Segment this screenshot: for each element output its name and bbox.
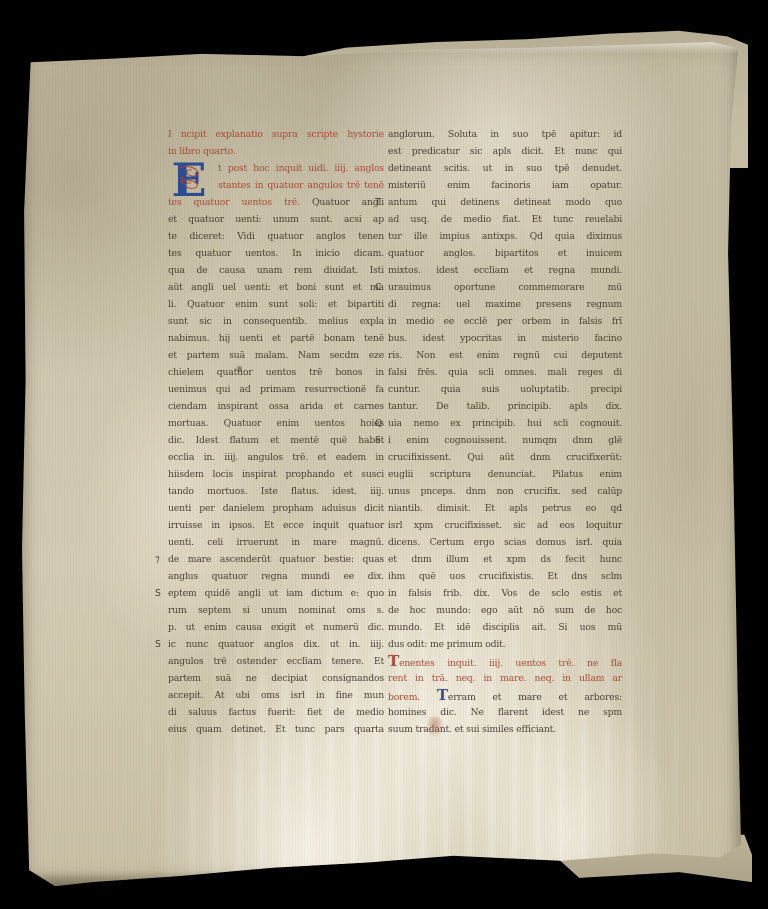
- text-line: euglii scriptura denunciat. Pilatus enim: [388, 466, 622, 483]
- text-line: in medio ee ecclē per orbem in falsis fr…: [388, 313, 622, 330]
- text-segment: eius quam detinet. Et tunc pars quarta: [168, 724, 384, 735]
- text-segment: urauimus oportune commemorare mū: [388, 282, 622, 293]
- parchment-leaf: E I ncipit explanatio supra scripte hyst…: [22, 42, 741, 887]
- text-segment: uia nemo ex principib. hui scli cognouit…: [388, 418, 622, 429]
- text-line: detineant scitis. ut in suo tpē denudet.: [388, 160, 622, 177]
- text-line: accepit. At ubi oms isrl in fine mun: [168, 687, 384, 704]
- text-line: di saluus factus fuerit: fiet de medio: [168, 704, 384, 721]
- text-segment: misteriū enim facinoris iam opatur.: [388, 180, 622, 191]
- text-segment: sunt sic in consequentib. melius expla: [168, 316, 384, 327]
- text-line: isrl xpm crucifixisset. sic ad eos loqui…: [388, 517, 622, 534]
- text-line: li. Quatuor enim sunt soli: et bipartiti: [168, 296, 384, 313]
- text-line: uenti per danielem propham aduisus dicit: [168, 500, 384, 517]
- text-line: chielem quatuor uentos trē bonos in: [168, 364, 384, 381]
- text-segment: di saluus factus fuerit: fiet de medio: [168, 707, 384, 718]
- text-line: mixtos. idest ecclīam et regna mundi.: [388, 262, 622, 279]
- text-segment: hiisdem locis inspirat prophando et susc…: [168, 469, 384, 480]
- text-line: irruisse in ipsos. Et ecce inquit quatuo…: [168, 517, 384, 534]
- text-line: de hoc mundo: ego aūt nō sum de hoc: [388, 602, 622, 619]
- text-segment: ihm quē uos crucifixistis. Et dns sclm: [388, 571, 622, 582]
- text-segment: dus odit: me primum odit.: [388, 639, 505, 650]
- text-line: nabimus. hij uenti et partē bonam tenē: [168, 330, 384, 347]
- text-line: Curauimus oportune commemorare mū: [388, 279, 622, 296]
- text-segment: et quatuor uenti: unum sunt. acsi ap: [168, 214, 384, 225]
- text-line: angulos trē ostender ecclīam tenere. Et: [168, 653, 384, 670]
- text-segment: partem suā ne decipiat consignandos: [168, 673, 384, 684]
- text-segment: de hoc mundo: ego aūt nō sum de hoc: [388, 605, 622, 616]
- text-segment: dic. Idest flatum et mentē quē habet: [168, 435, 384, 446]
- dark-speck: [237, 366, 242, 372]
- text-line: hiisdem locis inspirat prophando et susc…: [168, 466, 384, 483]
- text-segment: li. Quatuor enim sunt soli: et bipartiti: [168, 299, 384, 310]
- text-segment: in falsis frib. dix. Vos de sclo estis e…: [388, 588, 622, 599]
- text-segment: detineant scitis. ut in suo tpē denudet.: [388, 163, 622, 174]
- text-segment: uenti. celi irruerunt in mare magnū.: [168, 537, 384, 548]
- text-segment: antum qui detinens detineat modo quo: [388, 197, 622, 208]
- text-line: anglorum. Soluta in suo tpē apitur: id: [388, 126, 622, 143]
- text-segment: chielem quatuor uentos trē bonos in: [168, 367, 384, 378]
- text-segment: te diceret: Vidi quatuor anglos tenen: [168, 231, 384, 242]
- text-segment: qua de causa unam rem diuidat. Isti: [168, 265, 384, 276]
- text-line: ris. Non est enim regnū cui deputent: [388, 347, 622, 364]
- text-segment: anglorum. Soluta in suo tpē apitur: id: [388, 129, 622, 140]
- text-segment: in medio ee ecclē per orbem in falsis fr…: [388, 316, 622, 327]
- text-line: misteriū enim facinoris iam opatur.: [388, 177, 622, 194]
- text-line: ciendam inspirant ossa arida et carnes: [168, 398, 384, 415]
- text-line: anglus quatuor regna mundi ee dix.: [168, 568, 384, 585]
- text-segment: p. ut enim causa exigit et numerū dic.: [168, 622, 384, 633]
- text-segment: ad usq. de medio fiat. Et tunc reuelabi: [388, 214, 622, 225]
- text-line: p. ut enim causa exigit et numerū dic.: [168, 619, 384, 636]
- text-line: bus. idest ypocritas in misterio facino: [388, 330, 622, 347]
- versal-letter: S: [155, 585, 161, 602]
- text-line: suum tradant. et sui similes efficiant.: [388, 721, 622, 738]
- rubric-line: in libro quarto.: [168, 143, 384, 160]
- rubric-line: rent in trā. neq. in mare. neq. in ullam…: [388, 670, 622, 687]
- versal-letter: S: [155, 636, 161, 653]
- text-segment: nabimus. hij uenti et partē bonam tenē: [168, 333, 384, 344]
- rubric-line: stantes in quatuor angulos trē tenē: [168, 177, 384, 194]
- text-line: Sic nunc quatuor anglos dix. ut in. iiij…: [168, 636, 384, 653]
- text-line: aūt angli uel uenti: et boni sunt et ma: [168, 279, 384, 296]
- text-segment: est predicatur sic apls dicit. Et nunc q…: [388, 146, 622, 157]
- text-line: ecclia in. iiij. angulos trē. et eadem i…: [168, 449, 384, 466]
- text-line: et dnm illum et xpm ds fecit hunc: [388, 551, 622, 568]
- text-line: Tantum qui detinens detineat modo quo: [388, 194, 622, 211]
- text-line: in falsis frib. dix. Vos de sclo estis e…: [388, 585, 622, 602]
- text-segment: ris. Non est enim regnū cui deputent: [388, 350, 622, 361]
- text-line: est predicatur sic apls dicit. Et nunc q…: [388, 143, 622, 160]
- text-line: dicens. Certum ergo scias domus isrl. qu…: [388, 534, 622, 551]
- text-line: eius quam detinet. Et tunc pars quarta: [168, 721, 384, 738]
- text-line: tur ille impius antixps. Qd quia diximus: [388, 228, 622, 245]
- text-segment: uenti per danielem propham aduisus dicit: [168, 503, 384, 514]
- text-segment: accepit. At ubi oms isrl in fine mun: [168, 690, 384, 701]
- manuscript-photo: E I ncipit explanatio supra scripte hyst…: [0, 0, 768, 909]
- text-segment: ic nunc quatuor anglos dix. ut in. iiij.: [168, 639, 384, 650]
- text-line: quatuor anglos. bipartitos et inuicem: [388, 245, 622, 262]
- text-segment: ciendam inspirant ossa arida et carnes: [168, 401, 384, 412]
- text-column-left: I ncipit explanatio supra scripte hystor…: [168, 126, 384, 738]
- text-line: di regna: uel maxime presens regnum: [388, 296, 622, 313]
- text-line: partem suā ne decipiat consignandos: [168, 670, 384, 687]
- text-segment: anglus quatuor regna mundi ee dix.: [168, 571, 384, 582]
- versal-letter: S: [375, 432, 381, 449]
- versal-letter: ⁊: [155, 551, 159, 568]
- text-segment: isrl xpm crucifixisset. sic ad eos loqui…: [388, 520, 622, 531]
- text-line: cuntur. quia suis uoluptatib. precipi: [388, 381, 622, 398]
- text-line: sunt sic in consequentib. melius expla: [168, 313, 384, 330]
- text-segment: suum tradant. et sui similes efficiant.: [388, 724, 556, 735]
- text-segment: erram et mare et arbores:: [448, 692, 622, 703]
- text-line: et quatuor uenti: unum sunt. acsi ap: [168, 211, 384, 228]
- text-segment: tes quatuor uentos trē.: [168, 197, 312, 208]
- text-line: dic. Idest flatum et mentē quē habet: [168, 432, 384, 449]
- text-line: falsi frēs. quia scli omnes. mali reges …: [388, 364, 622, 381]
- rubric-line: borem. Terram et mare et arbores:: [388, 687, 622, 704]
- text-segment: eptem quidē angli ut iam dictum e: quo: [168, 588, 384, 599]
- text-line: dus odit: me primum odit.: [388, 636, 622, 653]
- text-segment: tur ille impius antixps. Qd quia diximus: [388, 231, 622, 242]
- text-segment: angulos trē ostender ecclīam tenere. Et: [168, 656, 384, 667]
- text-segment: enentes inquit. iiij. uentos trē. ne fla: [399, 658, 622, 669]
- text-segment: cuntur. quia suis uoluptatib. precipi: [388, 384, 622, 395]
- text-segment: I ncipit explanatio supra scripte hystor…: [168, 129, 384, 140]
- rubric-line: I ncipit explanatio supra scripte hystor…: [168, 126, 384, 143]
- text-segment: irruisse in ipsos. Et ecce inquit quatuo…: [168, 520, 384, 531]
- text-line: uenimus qui ad primam resurrectionē fa: [168, 381, 384, 398]
- text-segment: mundo. Et idē disciplis ait. Si uos mū: [388, 622, 622, 633]
- text-line: niantib. dimisit. Et apls petrus eo qd: [388, 500, 622, 517]
- text-line: ad usq. de medio fiat. Et tunc reuelabi: [388, 211, 622, 228]
- text-line: ihm quē uos crucifixistis. Et dns sclm: [388, 568, 622, 585]
- text-segment: crucifixissent. Qui aūt dnm crucifixerūt…: [388, 452, 622, 463]
- text-line: Quia nemo ex principib. hui scli cognoui…: [388, 415, 622, 432]
- text-line: tando mortuos. Iste flatus. idest. iiij.: [168, 483, 384, 500]
- text-segment: in libro quarto.: [168, 146, 236, 157]
- text-segment: unus pnceps. dnm non crucifix. sed calūp: [388, 486, 622, 497]
- text-line: unus pnceps. dnm non crucifix. sed calūp: [388, 483, 622, 500]
- versal-letter: C: [375, 279, 381, 296]
- text-line: mundo. Et idē disciplis ait. Si uos mū: [388, 619, 622, 636]
- rubric-line: tes quatuor uentos trē. Quatuor angli: [168, 194, 384, 211]
- text-line: Tenentes inquit. iiij. uentos trē. ne fl…: [388, 653, 622, 670]
- red-ink-stain: [426, 716, 444, 738]
- text-segment: falsi frēs. quia scli omnes. mali reges …: [388, 367, 622, 378]
- text-segment: tando mortuos. Iste flatus. idest. iiij.: [168, 486, 384, 497]
- text-line: qua de causa unam rem diuidat. Isti: [168, 262, 384, 279]
- text-segment: mixtos. idest ecclīam et regna mundi.: [388, 265, 622, 276]
- text-segment: de mare ascenderūt quatuor bestie: quas: [168, 554, 384, 565]
- text-line: mortuas. Quatuor enim uentos hoies: [168, 415, 384, 432]
- text-segment: mortuas. Quatuor enim uentos hoies: [168, 418, 384, 429]
- text-line: Septem quidē angli ut iam dictum e: quo: [168, 585, 384, 602]
- text-segment: rum septem si unum nominat oms s.: [168, 605, 384, 616]
- text-segment: bus. idest ypocritas in misterio facino: [388, 333, 622, 344]
- text-segment: di regna: uel maxime presens regnum: [388, 299, 622, 310]
- text-segment: stantes in quatuor angulos trē tenē: [218, 180, 384, 191]
- text-line: crucifixissent. Qui aūt dnm crucifixerūt…: [388, 449, 622, 466]
- decorated-initial: T: [437, 686, 448, 704]
- text-segment: borem.: [388, 692, 437, 703]
- text-segment: tantur. De talib. principib. apls dix.: [388, 401, 622, 412]
- text-line: tantur. De talib. principib. apls dix.: [388, 398, 622, 415]
- text-segment: et dnm illum et xpm ds fecit hunc: [388, 554, 622, 565]
- versal-letter: T: [375, 194, 380, 211]
- text-segment: t post hoc inquit uidi. iiij. anglos: [218, 163, 384, 174]
- text-segment: uenimus qui ad primam resurrectionē fa: [168, 384, 384, 395]
- text-line: et partem suā malam. Nam secdm eze: [168, 347, 384, 364]
- text-line: ⁊de mare ascenderūt quatuor bestie: quas: [168, 551, 384, 568]
- text-segment: i enim cognouissent. numqm dnm glē: [388, 435, 622, 446]
- versal-letter: Q: [375, 415, 382, 432]
- text-line: tes quatuor uentos. In inicio dicam.: [168, 245, 384, 262]
- text-line: homines dic. Ne flarent idest ne spm: [388, 704, 622, 721]
- text-segment: homines dic. Ne flarent idest ne spm: [388, 707, 622, 718]
- text-segment: et partem suā malam. Nam secdm eze: [168, 350, 384, 361]
- text-segment: ecclia in. iiij. angulos trē. et eadem i…: [168, 452, 384, 463]
- text-segment: rent in trā. neq. in mare. neq. in ullam…: [388, 673, 622, 684]
- text-line: te diceret: Vidi quatuor anglos tenen: [168, 228, 384, 245]
- text-column-right: anglorum. Soluta in suo tpē apitur: ides…: [388, 126, 622, 738]
- text-segment: aūt angli uel uenti: et boni sunt et ma: [168, 282, 384, 293]
- text-line: rum septem si unum nominat oms s.: [168, 602, 384, 619]
- text-line: uenti. celi irruerunt in mare magnū.: [168, 534, 384, 551]
- text-segment: Quatuor angli: [312, 197, 384, 208]
- text-segment: dicens. Certum ergo scias domus isrl. qu…: [388, 537, 622, 548]
- decorated-initial: T: [388, 652, 399, 670]
- text-segment: tes quatuor uentos. In inicio dicam.: [168, 248, 384, 259]
- text-segment: quatuor anglos. bipartitos et inuicem: [388, 248, 622, 259]
- text-segment: niantib. dimisit. Et apls petrus eo qd: [388, 503, 622, 514]
- text-line: Si enim cognouissent. numqm dnm glē: [388, 432, 622, 449]
- text-segment: euglii scriptura denunciat. Pilatus enim: [388, 469, 622, 480]
- rubric-line: t post hoc inquit uidi. iiij. anglos: [168, 160, 384, 177]
